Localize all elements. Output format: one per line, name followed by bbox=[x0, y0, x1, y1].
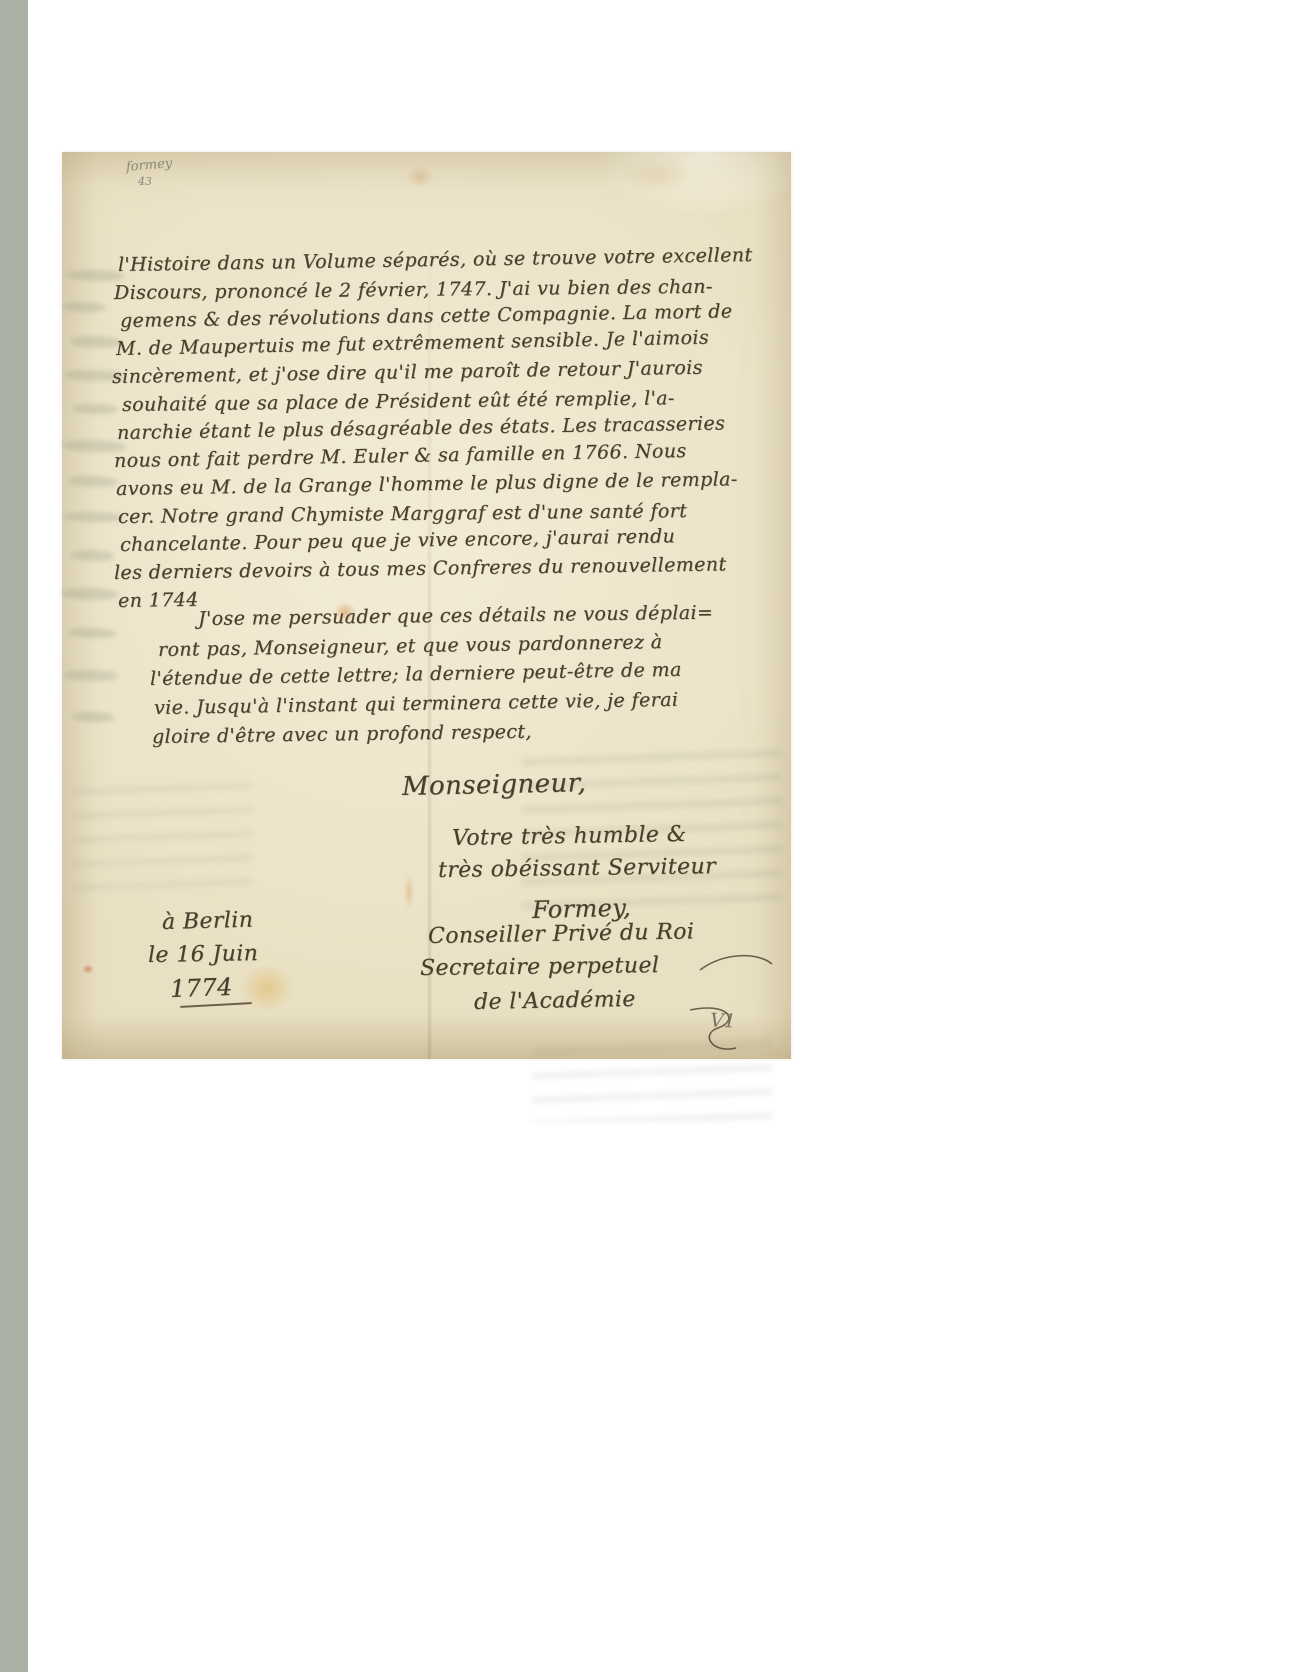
valediction-line: Votre très humble & bbox=[452, 824, 687, 850]
showthrough-mark bbox=[66, 270, 124, 281]
valediction-line: très obéissant Serviteur bbox=[438, 856, 716, 882]
letter-line: gemens & des révolutions dans cette Comp… bbox=[120, 302, 733, 331]
signature-title: Conseiller Privé du Roi bbox=[428, 921, 695, 948]
letter-line: les derniers devoirs à tous mes Confrere… bbox=[114, 555, 727, 583]
stain bbox=[404, 874, 414, 910]
letter-line: narchie étant le plus désagréable des ét… bbox=[117, 414, 726, 443]
signature-flourish-icon bbox=[698, 950, 776, 976]
letter-line: M. de Maupertuis me fut extrêmement sens… bbox=[116, 329, 709, 359]
letter-line: avons eu M. de la Grange l'homme le plus… bbox=[116, 470, 738, 499]
showthrough-mark bbox=[70, 550, 114, 561]
year-line: 1774 bbox=[170, 975, 233, 1001]
signature-name: Formey, bbox=[532, 896, 632, 922]
left-accent-bar bbox=[0, 0, 28, 1672]
stain bbox=[82, 964, 94, 974]
showthrough-mark bbox=[68, 628, 116, 638]
archivist-note: 43 bbox=[138, 175, 152, 188]
letter-line: vie. Jusqu'à l'instant qui terminera cet… bbox=[154, 691, 679, 718]
showthrough-mark bbox=[64, 670, 118, 681]
letter-line: Discours, prononcé le 2 février, 1747. J… bbox=[114, 278, 713, 303]
showthrough-mark bbox=[64, 512, 122, 522]
date-line: le 16 Juin bbox=[148, 943, 259, 967]
letter-line: en 1744 bbox=[118, 591, 199, 611]
signature-title: de l'Académie bbox=[474, 989, 636, 1014]
page: { "page": { "background_color": "#ffffff… bbox=[0, 0, 1301, 1672]
letter-line: ront pas, Monseigneur, et que vous pardo… bbox=[158, 633, 663, 660]
stain bbox=[240, 964, 294, 1012]
salutation: Monseigneur, bbox=[402, 770, 587, 800]
letter-line: cer. Notre grand Chymiste Marggraf est d… bbox=[118, 502, 687, 527]
letter-line: gloire d'être avec un profond respect, bbox=[152, 723, 532, 747]
showthrough-mark bbox=[68, 476, 118, 487]
signature-title: Secretaire perpetuel bbox=[420, 955, 660, 980]
letter-line: l'Histoire dans un Volume séparés, où se… bbox=[118, 246, 753, 275]
showthrough-mark bbox=[72, 404, 118, 414]
letter-line: souhaité que sa place de Président eût é… bbox=[122, 389, 675, 415]
showthrough-block bbox=[72, 772, 252, 892]
showthrough-mark bbox=[70, 336, 122, 348]
showthrough-mark bbox=[62, 588, 118, 600]
stain bbox=[406, 166, 434, 188]
stain bbox=[622, 158, 692, 192]
letter-line: chancelante. Pour peu que je vive encore… bbox=[120, 527, 675, 555]
showthrough-mark bbox=[62, 302, 106, 312]
archivist-note: formey bbox=[125, 156, 172, 175]
letter-line: sincèrement, et j'ose dire qu'il me paro… bbox=[112, 359, 703, 387]
showthrough-mark bbox=[72, 712, 114, 722]
year-underline bbox=[180, 1002, 252, 1008]
letter-line: J'ose me persuader que ces détails ne vo… bbox=[198, 604, 714, 629]
letter-line: l'étendue de cette lettre; la derniere p… bbox=[150, 661, 682, 689]
place-line: à Berlin bbox=[162, 910, 254, 934]
letter-line: nous ont fait perdre M. Euler & sa famil… bbox=[114, 442, 687, 471]
letter-scan: formey 43 l'Histoire dans un Volume sépa… bbox=[62, 152, 791, 1059]
corner-mark: V1 bbox=[709, 1009, 736, 1032]
